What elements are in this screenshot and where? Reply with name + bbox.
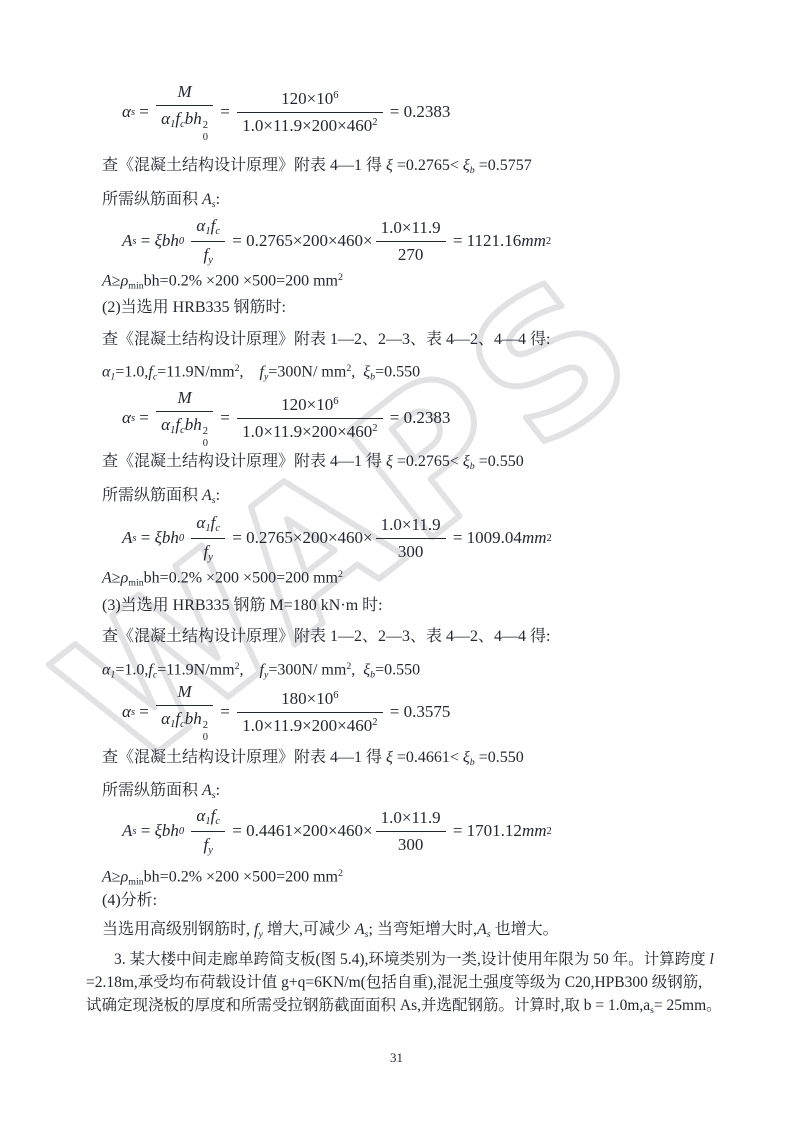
problem-3-line-2: =2.18m,承受均布荷载设计值 g+q=6KN/m(包括自重),混泥土强度等级… [86,971,702,994]
formula-as-1009: As = ξbh0 α1fcfy = 0.2765×200×460×1.0×11… [122,510,552,566]
formula-as-1121: As = ξbh0 α1fcfy = 0.2765×200×460×1.0×11… [122,213,551,269]
lookup-xi-result-3: 查《混凝土结构设计原理》附表 4—1 得 ξ =0.4661< ξb =0.55… [102,746,524,775]
min-reinforcement-check-2: A≥ρminbh=0.2% ×200 ×500=200 mm2 [102,563,343,595]
page-number: 31 [0,1050,793,1066]
problem-3-line-3: 试确定现浇板的厚度和所需受拉钢筋截面面积 As,并选配钢筋。计算时,取 b = … [86,994,722,1022]
min-reinforcement-check-1: A≥ρminbh=0.2% ×200 ×500=200 mm2 [102,266,343,298]
section-4-heading: (4)分析: [102,889,157,913]
material-values-line-3: α1=1.0,fc=11.9N/mm2, fy=300N/ mm2, ξb=0.… [102,655,420,687]
problem-3-line-1: 3. 某大楼中间走廊单跨简支板(图 5.4),环境类别为一类,设计使用年限为 5… [114,948,714,971]
lookup-tables-line-2: 查《混凝土结构设计原理》附表 1—2、2—3、表 4—2、4—4 得: [102,328,550,352]
lookup-xi-result-1: 查《混凝土结构设计原理》附表 4—1 得 ξ =0.2765< ξb =0.57… [102,154,532,183]
formula-alpha-s-m120-hrb335: αs = Mα1fcbh20 = 120×1061.0×11.9×200×460… [122,390,450,446]
analysis-conclusion: 当选用高级别钢筋时, fy 增大,可减少 As; 当弯矩增大时,As 也增大。 [102,918,559,947]
lookup-tables-line-3: 查《混凝土结构设计原理》附表 1—2、2—3、表 4—2、4—4 得: [102,625,550,649]
document-page: WAPS αs = Mα1fcbh20 = 120×1061.0×11.9×20… [0,0,793,1122]
material-values-line-2: α1=1.0,fc=11.9N/mm2, fy=300N/ mm2, ξb=0.… [102,357,420,389]
formula-as-1701: As = ξbh0 α1fcfy = 0.4461×200×460×1.0×11… [122,803,552,859]
lookup-xi-result-2: 查《混凝土结构设计原理》附表 4—1 得 ξ =0.2765< ξb =0.55… [102,450,524,479]
section-3-heading: (3)当选用 HRB335 钢筋 M=180 kN·m 时: [102,594,383,618]
section-2-heading: (2)当选用 HRB335 钢筋时: [102,296,286,320]
required-area-label-2: 所需纵筋面积 As: [102,484,220,513]
formula-alpha-s-m180: αs = Mα1fcbh20 = 180×1061.0×11.9×200×460… [122,684,450,740]
formula-alpha-s-m120: αs = Mα1fcbh20 = 120×1061.0×11.9×200×460… [122,84,450,140]
